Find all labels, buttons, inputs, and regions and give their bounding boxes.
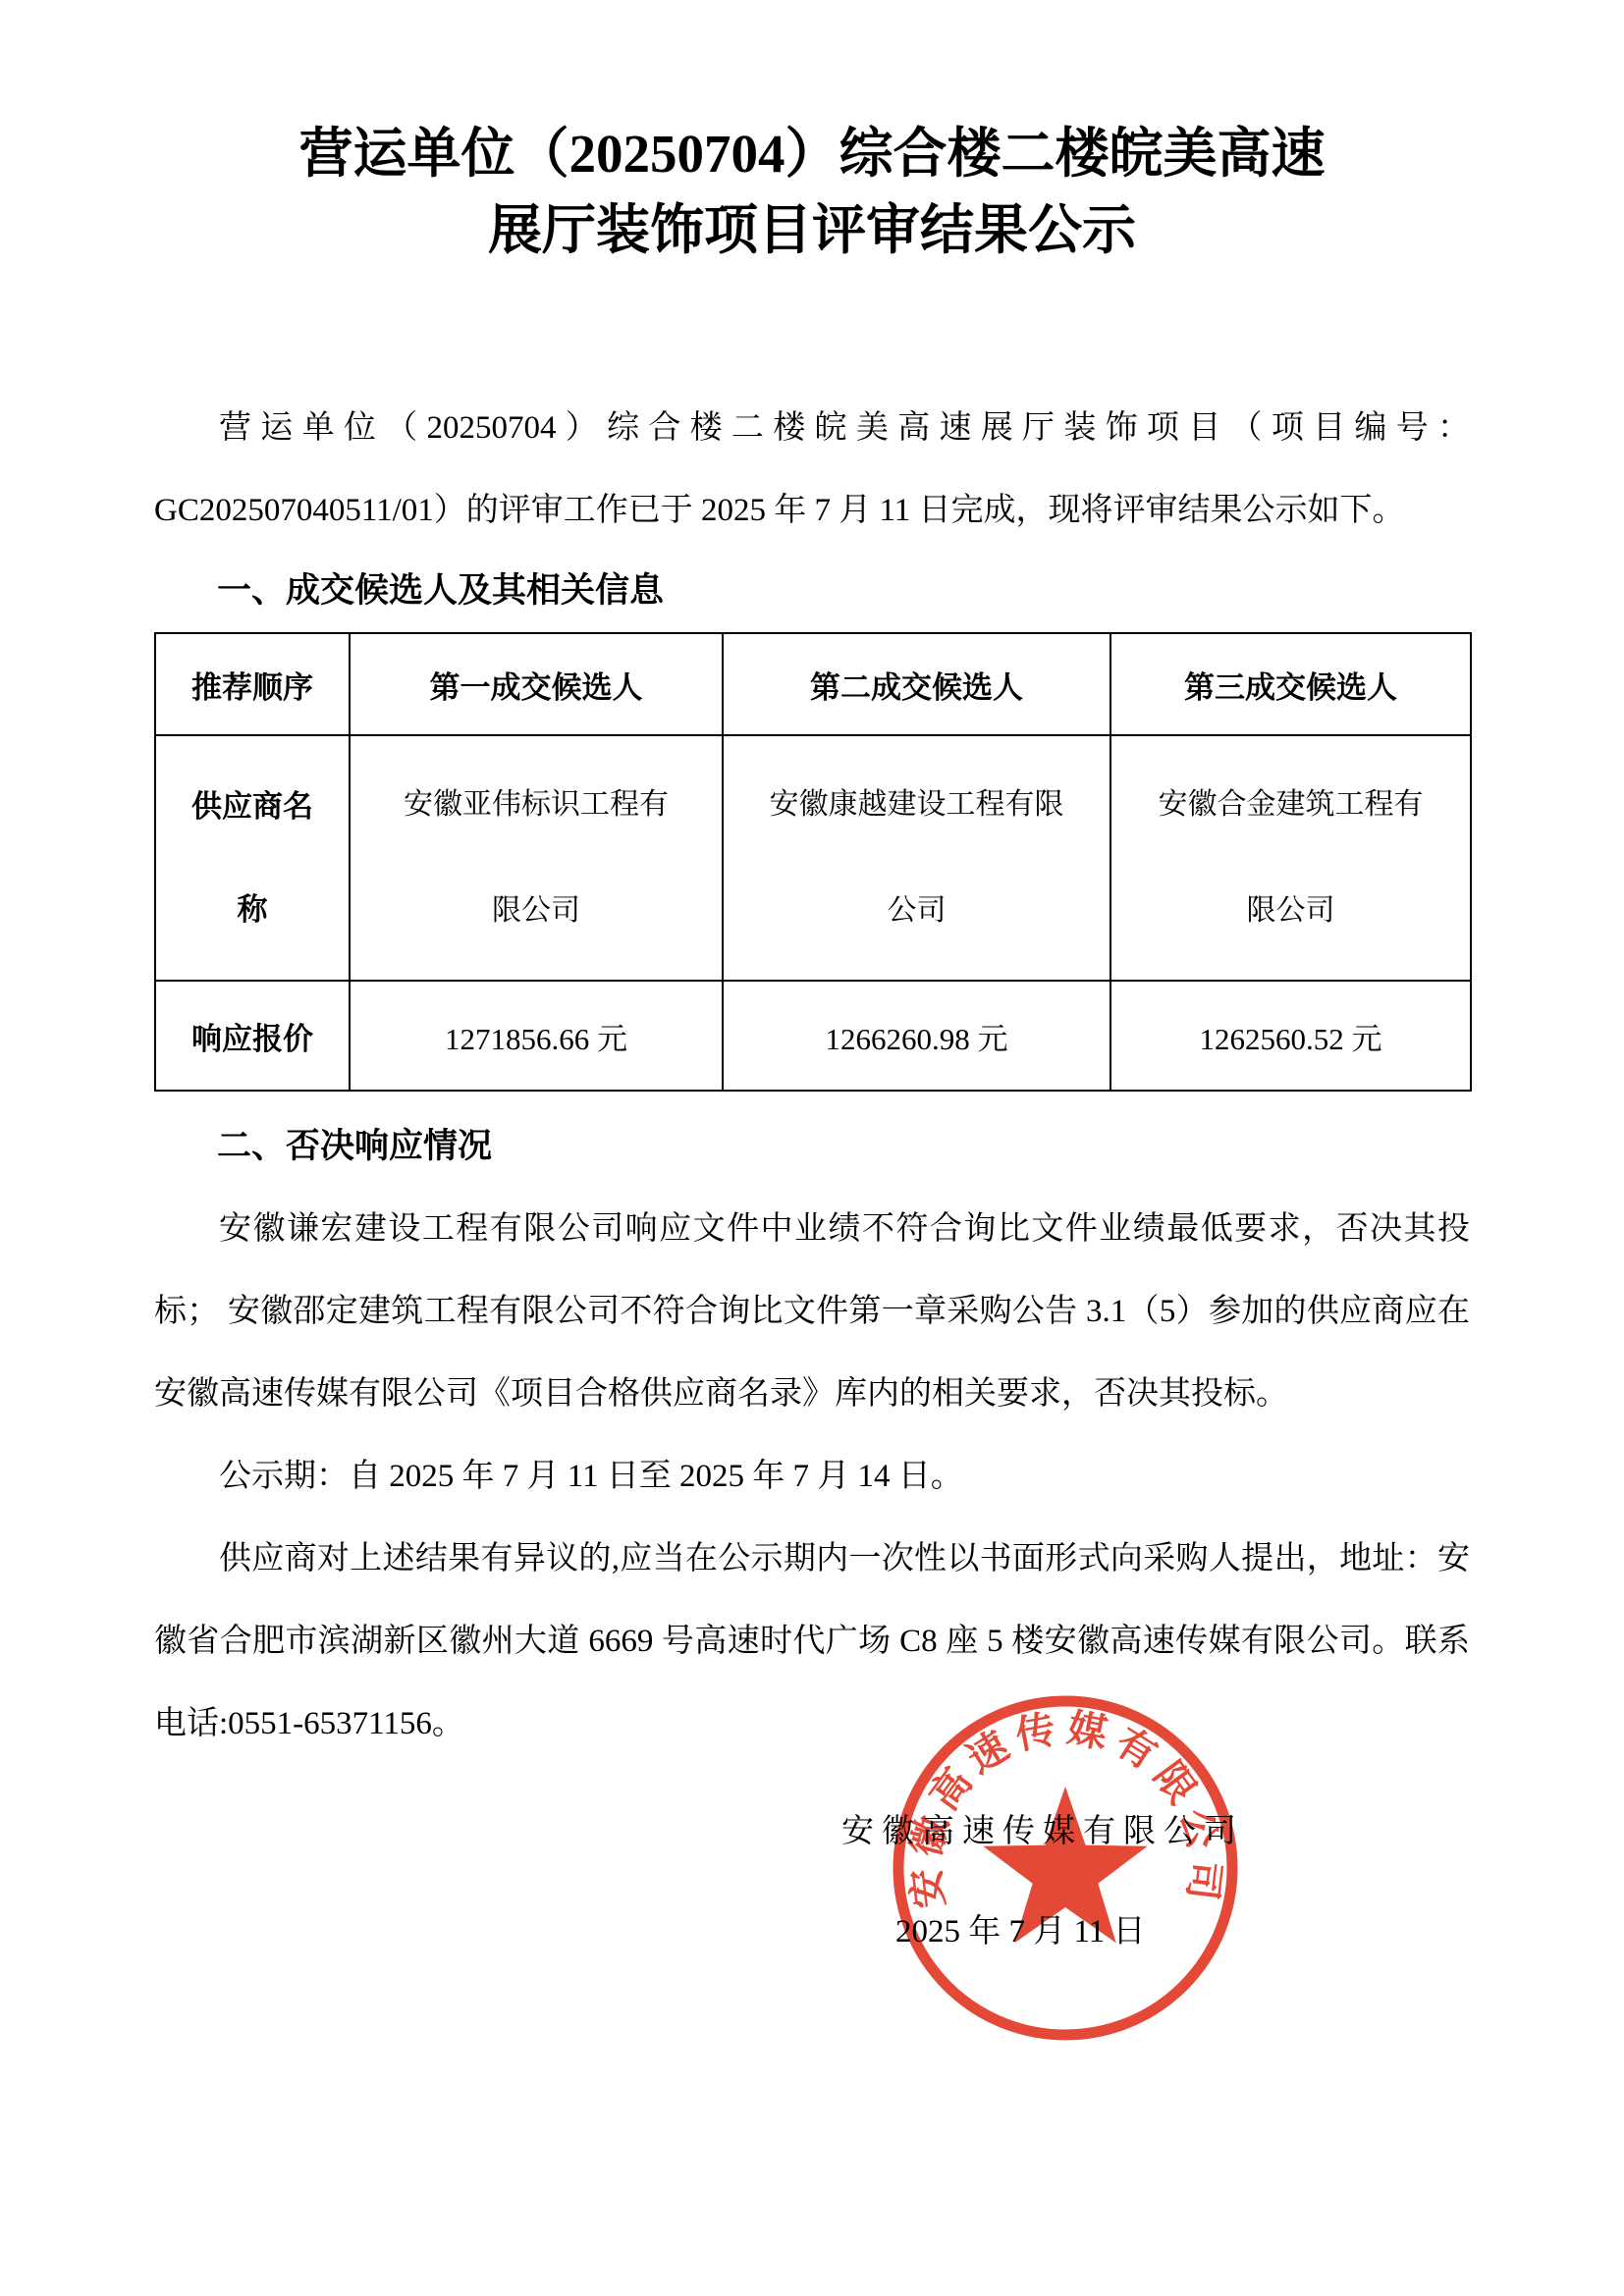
table-header-candidate-1: 第一成交候选人 [350, 633, 723, 735]
signature-company: 安徽高速传媒有限公司 [154, 1790, 1470, 1873]
document-title: 营运单位（20250704）综合楼二楼皖美高速 展厅装饰项目评审结果公示 [154, 116, 1470, 269]
objection-paragraph: 供应商对上述结果有异议的,应当在公示期内一次性以书面形式向采购人提出，地址：安徽… [154, 1518, 1470, 1765]
table-header-candidate-3: 第三成交候选人 [1110, 633, 1471, 735]
table-header-rank: 推荐顺序 [155, 633, 350, 735]
price-3: 1262560.52 元 [1110, 981, 1471, 1091]
document-content: 营运单位（20250704）综合楼二楼皖美高速 展厅装饰项目评审结果公示 营运单… [0, 0, 1624, 1973]
price-2: 1266260.98 元 [723, 981, 1110, 1091]
spacer [154, 269, 1470, 387]
intro-paragraph: 营运单位（20250704）综合楼二楼皖美高速展厅装饰项目（项目编号：GC202… [154, 387, 1470, 552]
table-row-supplier-name: 供应商名称 安徽亚伟标识工程有限公司 安徽康越建设工程有限公司 安徽合金建筑工程… [155, 735, 1471, 981]
section-heading-candidates: 一、成交候选人及其相关信息 [154, 560, 1470, 622]
document-title-line2: 展厅装饰项目评审结果公示 [154, 192, 1470, 269]
publicity-period-paragraph: 公示期：自 2025 年 7 月 11 日至 2025 年 7 月 14 日。 [154, 1435, 1470, 1518]
supplier-name-3: 安徽合金建筑工程有限公司 [1110, 735, 1471, 981]
supplier-name-2: 安徽康越建设工程有限公司 [723, 735, 1110, 981]
document-title-line1: 营运单位（20250704）综合楼二楼皖美高速 [154, 116, 1470, 192]
rejections-paragraph: 安徽谦宏建设工程有限公司响应文件中业绩不符合询比文件业绩最低要求，否决其投标； … [154, 1188, 1470, 1435]
table-header-row: 推荐顺序 第一成交候选人 第二成交候选人 第三成交候选人 [155, 633, 1471, 735]
table-header-candidate-2: 第二成交候选人 [723, 633, 1110, 735]
section-heading-rejections: 二、否决响应情况 [154, 1115, 1470, 1178]
supplier-row-label: 供应商名称 [155, 735, 350, 981]
table-row-price: 响应报价 1271856.66 元 1266260.98 元 1262560.5… [155, 981, 1471, 1091]
candidates-table: 推荐顺序 第一成交候选人 第二成交候选人 第三成交候选人 供应商名称 安徽亚伟标… [154, 632, 1472, 1092]
price-row-label: 响应报价 [155, 981, 350, 1091]
supplier-name-1: 安徽亚伟标识工程有限公司 [350, 735, 723, 981]
signature-date: 2025 年 7 月 11 日 [154, 1891, 1470, 1973]
price-1: 1271856.66 元 [350, 981, 723, 1091]
document-page: 营运单位（20250704）综合楼二楼皖美高速 展厅装饰项目评审结果公示 营运单… [0, 0, 1624, 2296]
